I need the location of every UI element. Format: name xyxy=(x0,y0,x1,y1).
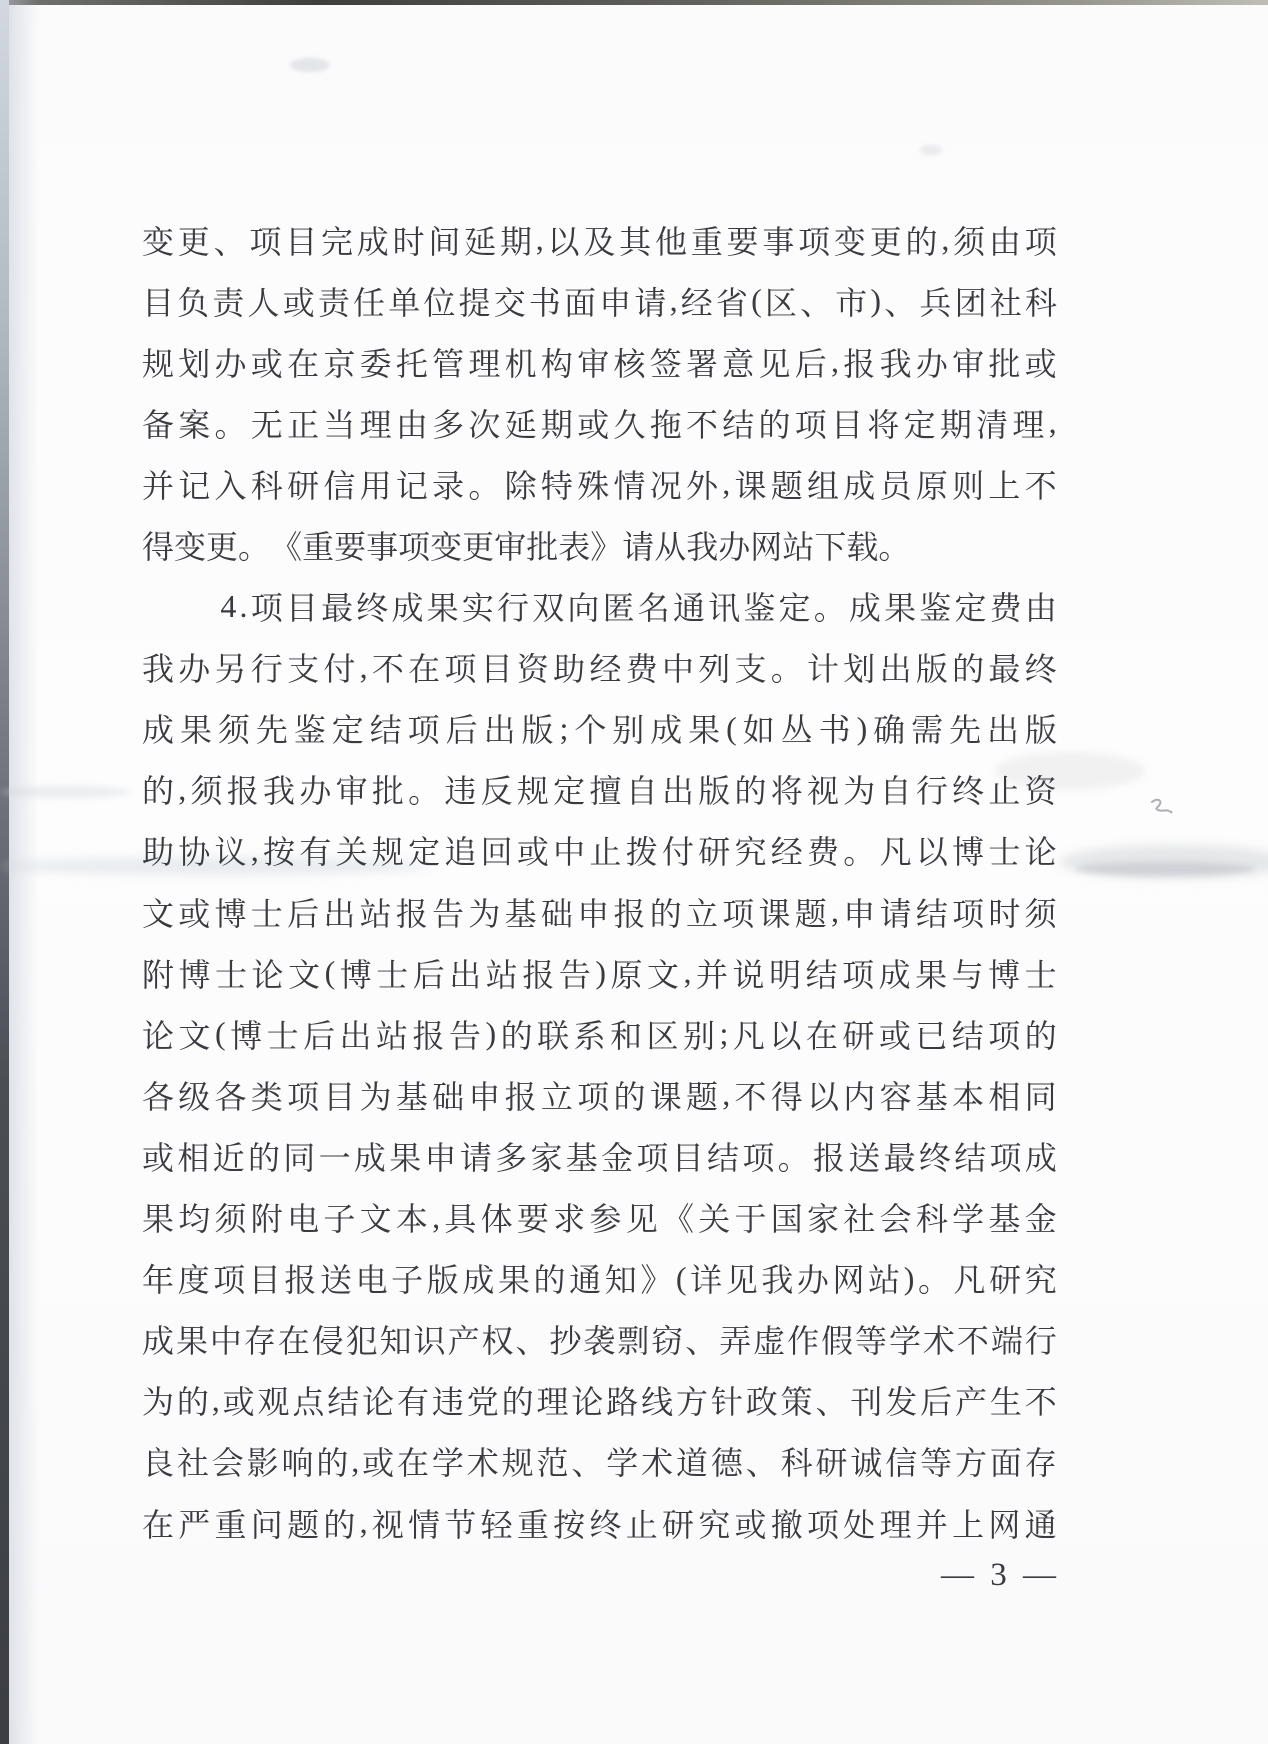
text-line: 规划办或在京委托管理机构审核签署意见后,报我办审批或 xyxy=(142,331,1057,392)
bleed-smudge xyxy=(290,58,330,72)
text-line: 我办另行支付,不在项目资助经费中列支。计划出版的最终 xyxy=(142,637,1057,698)
document-page: 变更、项目完成时间延期,以及其他重要事项变更的,须由项目负责人或责任单位提交书面… xyxy=(0,0,1268,1744)
text-line: 为的,或观点结论有违党的理论路线方针政策、刊发后产生不 xyxy=(142,1370,1057,1431)
text-line: 并记入科研信用记录。除特殊情况外,课题组成员原则上不 xyxy=(142,453,1057,514)
scan-edge-left xyxy=(0,0,9,1744)
text-line: 果均须附电子文本,具体要求参见《关于国家社会科学基金 xyxy=(142,1187,1057,1248)
text-line: 备案。无正当理由多次延期或久拖不结的项目将定期清理, xyxy=(142,392,1057,453)
text-line: 变更、项目完成时间延期,以及其他重要事项变更的,须由项 xyxy=(142,209,1057,270)
text-line: 4.项目最终成果实行双向匿名通讯鉴定。成果鉴定费由 xyxy=(142,576,1057,637)
text-line: 在严重问题的,视情节轻重按终止研究或撤项处理并上网通 xyxy=(142,1492,1057,1553)
text-line: 论文(博士后出站报告)的联系和区别;凡以在研或已结项的 xyxy=(142,1003,1057,1064)
text-line: 目负责人或责任单位提交书面申请,经省(区、市)、兵团社科 xyxy=(142,270,1057,331)
bleed-smudge xyxy=(920,145,942,155)
text-line: 附博士论文(博士后出站报告)原文,并说明结项成果与博士 xyxy=(142,942,1057,1003)
text-line: 文或博士后出站报告为基础申报的立项课题,申请结项时须 xyxy=(142,881,1057,942)
text-line: 助协议,按有关规定追回或中止拨付研究经费。凡以博士论 xyxy=(142,820,1057,881)
text-line: 得变更。《重要事项变更审批表》请从我办网站下载。 xyxy=(142,514,1057,575)
text-line: 成果中存在侵犯知识产权、抄袭剽窃、弄虚作假等学术不端行 xyxy=(142,1309,1057,1370)
text-line: 或相近的同一成果申请多家基金项目结项。报送最终结项成 xyxy=(142,1125,1057,1186)
page-number: — 3 — xyxy=(941,1557,1060,1594)
fold-crease xyxy=(1075,862,1255,876)
ink-smudge-mark xyxy=(1148,796,1174,816)
scan-left-shadow xyxy=(9,0,39,1744)
text-block: 变更、项目完成时间延期,以及其他重要事项变更的,须由项目负责人或责任单位提交书面… xyxy=(142,209,1057,1553)
fold-crease xyxy=(0,786,130,798)
text-line: 各级各类项目为基础申报立项的课题,不得以内容基本相同 xyxy=(142,1064,1057,1125)
text-line: 的,须报我办审批。违反规定擅自出版的将视为自行终止资 xyxy=(142,759,1057,820)
scan-edge-top xyxy=(0,0,1268,5)
text-line: 成果须先鉴定结项后出版;个别成果(如丛书)确需先出版 xyxy=(142,698,1057,759)
text-line: 良社会影响的,或在学术规范、学术道德、科研诚信等方面存 xyxy=(142,1431,1057,1492)
text-line: 年度项目报送电子版成果的通知》(详见我办网站)。凡研究 xyxy=(142,1248,1057,1309)
